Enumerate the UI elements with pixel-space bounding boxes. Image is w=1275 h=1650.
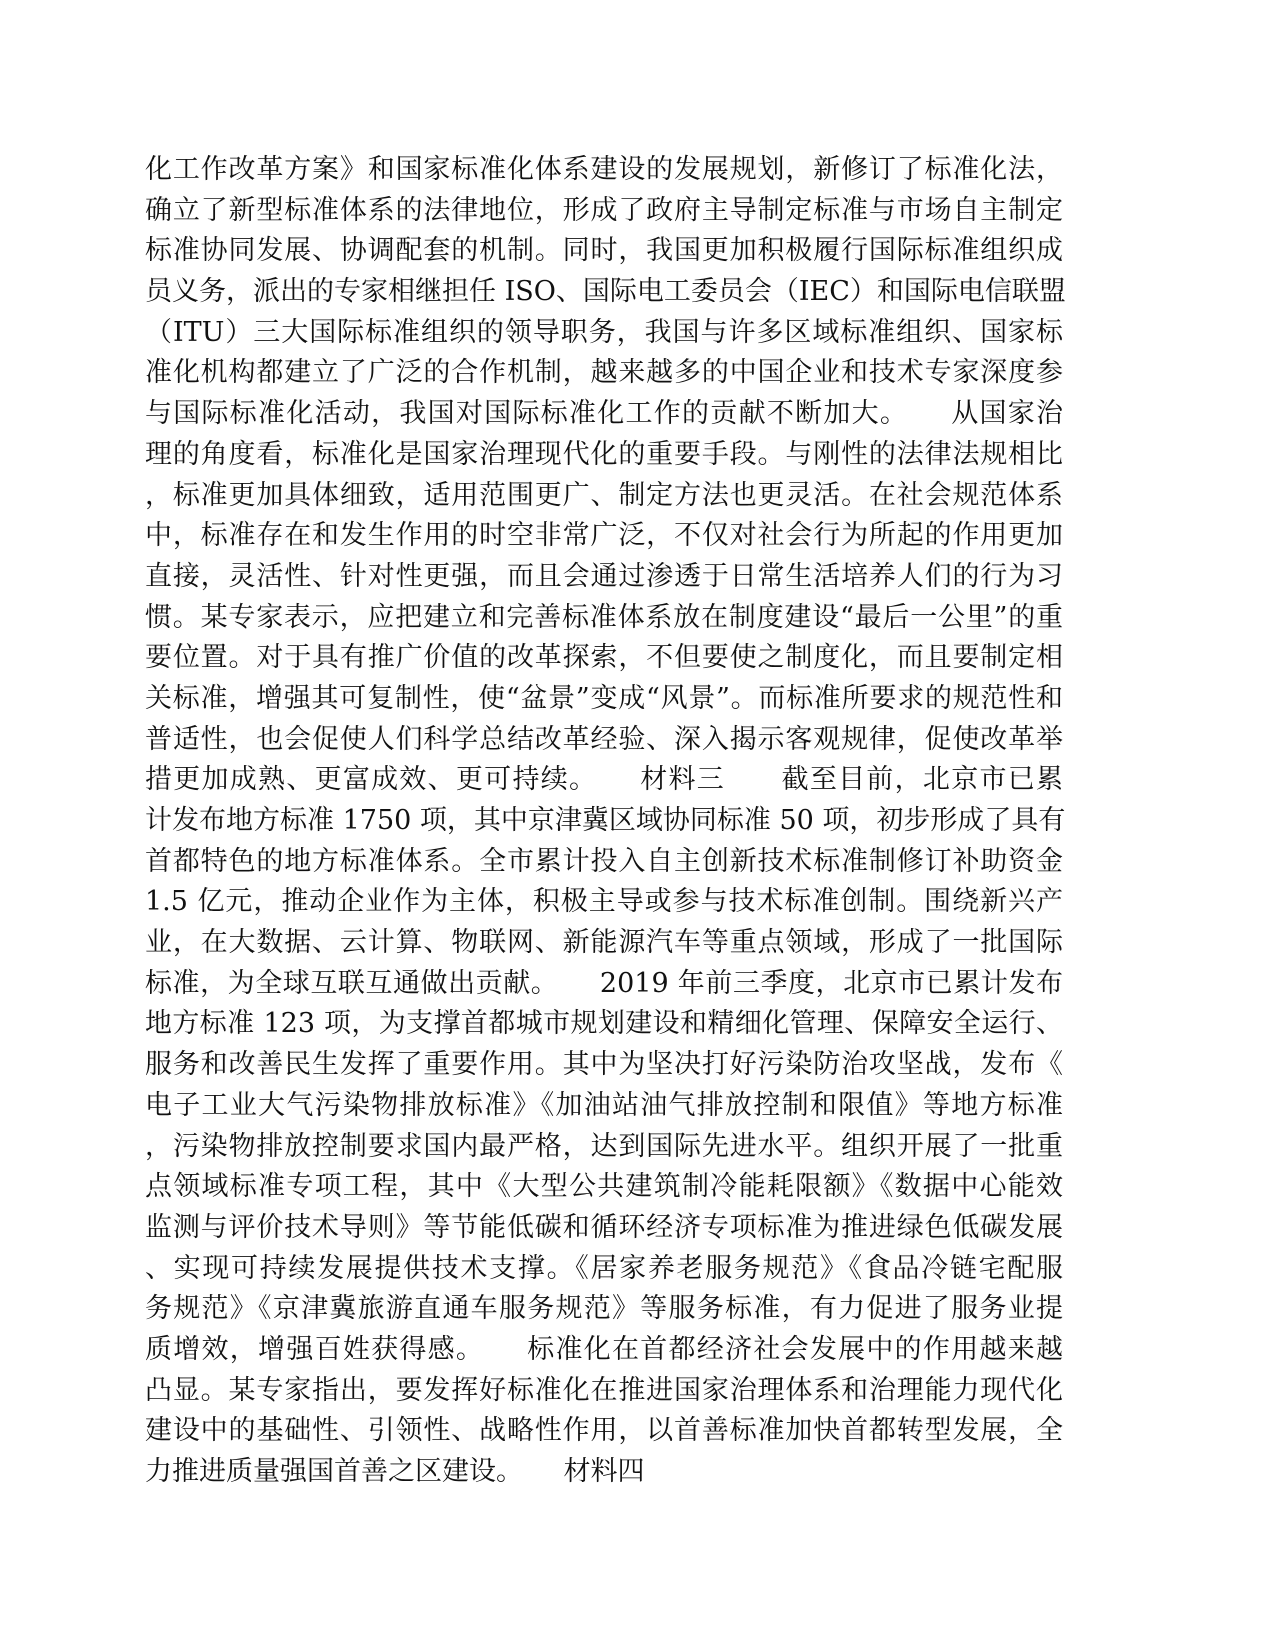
body-text: 化工作改革方案》和国家标准化体系建设的发展规划，新修订了标准化法， 确立了新型标… [145, 150, 1063, 1493]
text-line: 务规范》《京津冀旅游直通车服务规范》等服务标准，有力促进了服务业提 [145, 1289, 1063, 1330]
text-line: 监测与评价技术导则》等节能低碳和循环经济专项标准为推进绿色低碳发展 [145, 1208, 1063, 1249]
text-line: 质增效，增强百姓获得感。 标准化在首都经济社会发展中的作用越来越 [145, 1330, 1063, 1371]
text-line: ，标准更加具体细致，适用范围更广、制定方法也更灵活。在社会规范体系 [145, 476, 1063, 517]
text-line: 与国际标准化活动，我国对国际标准化工作的贡献不断加大。 从国家治 [145, 394, 1063, 435]
text-line: 凸显。某专家指出，要发挥好标准化在推进国家治理体系和治理能力现代化 [145, 1371, 1063, 1412]
text-line: 地方标准 123 项，为支撑首都城市规划建设和精细化管理、保障安全运行、 [145, 1004, 1063, 1045]
text-line: 直接，灵活性、针对性更强，而且会通过渗透于日常生活培养人们的行为习 [145, 557, 1063, 598]
text-line: 、实现可持续发展提供技术支撑。《居家养老服务规范》《食品冷链宅配服 [145, 1249, 1063, 1290]
text-line: 标准，为全球互联互通做出贡献。 2019 年前三季度，北京市已累计发布 [145, 964, 1063, 1005]
text-line: 关标准，增强其可复制性，使“盆景”变成“风景”。而标准所要求的规范性和 [145, 679, 1063, 720]
text-line: 首都特色的地方标准体系。全市累计投入自主创新技术标准制修订补助资金 [145, 842, 1063, 883]
text-line: 措更加成熟、更富成效、更可持续。 材料三 截至目前，北京市已累 [145, 760, 1063, 801]
text-line: 电子工业大气污染物排放标准》《加油站油气排放控制和限值》等地方标准 [145, 1086, 1063, 1127]
text-line: 力推进质量强国首善之区建设。 材料四 [145, 1452, 1063, 1493]
text-line: 服务和改善民生发挥了重要作用。其中为坚决打好污染防治攻坚战，发布《 [145, 1045, 1063, 1086]
text-line: 准化机构都建立了广泛的合作机制，越来越多的中国企业和技术专家深度参 [145, 353, 1063, 394]
text-line: 化工作改革方案》和国家标准化体系建设的发展规划，新修订了标准化法， [145, 150, 1063, 191]
text-line: 点领域标准专项工程，其中《大型公共建筑制冷能耗限额》《数据中心能效 [145, 1167, 1063, 1208]
text-line: 确立了新型标准体系的法律地位，形成了政府主导制定标准与市场自主制定 [145, 191, 1063, 232]
text-line: 1.5 亿元，推动企业作为主体，积极主导或参与技术标准创制。围绕新兴产 [145, 882, 1063, 923]
text-line: 惯。某专家表示，应把建立和完善标准体系放在制度建设“最后一公里”的重 [145, 598, 1063, 639]
text-line: 要位置。对于具有推广价值的改革探索，不但要使之制度化，而且要制定相 [145, 638, 1063, 679]
document-page: 化工作改革方案》和国家标准化体系建设的发展规划，新修订了标准化法， 确立了新型标… [0, 0, 1275, 1650]
text-line: 理的角度看，标准化是国家治理现代化的重要手段。与刚性的法律法规相比 [145, 435, 1063, 476]
text-line: 中，标准存在和发生作用的时空非常广泛，不仅对社会行为所起的作用更加 [145, 516, 1063, 557]
text-line: （ITU）三大国际标准组织的领导职务，我国与许多区域标准组织、国家标 [145, 313, 1063, 354]
text-line: ，污染物排放控制要求国内最严格，达到国际先进水平。组织开展了一批重 [145, 1127, 1063, 1168]
text-line: 业，在大数据、云计算、物联网、新能源汽车等重点领域，形成了一批国际 [145, 923, 1063, 964]
text-line: 标准协同发展、协调配套的机制。同时，我国更加积极履行国际标准组织成 [145, 231, 1063, 272]
text-line: 员义务，派出的专家相继担任 ISO、国际电工委员会（IEC）和国际电信联盟 [145, 272, 1063, 313]
text-line: 建设中的基础性、引领性、战略性作用，以首善标准加快首都转型发展，全 [145, 1411, 1063, 1452]
text-line: 计发布地方标准 1750 项，其中京津冀区域协同标准 50 项，初步形成了具有 [145, 801, 1063, 842]
text-line: 普适性，也会促使人们科学总结改革经验、深入揭示客观规律，促使改革举 [145, 720, 1063, 761]
